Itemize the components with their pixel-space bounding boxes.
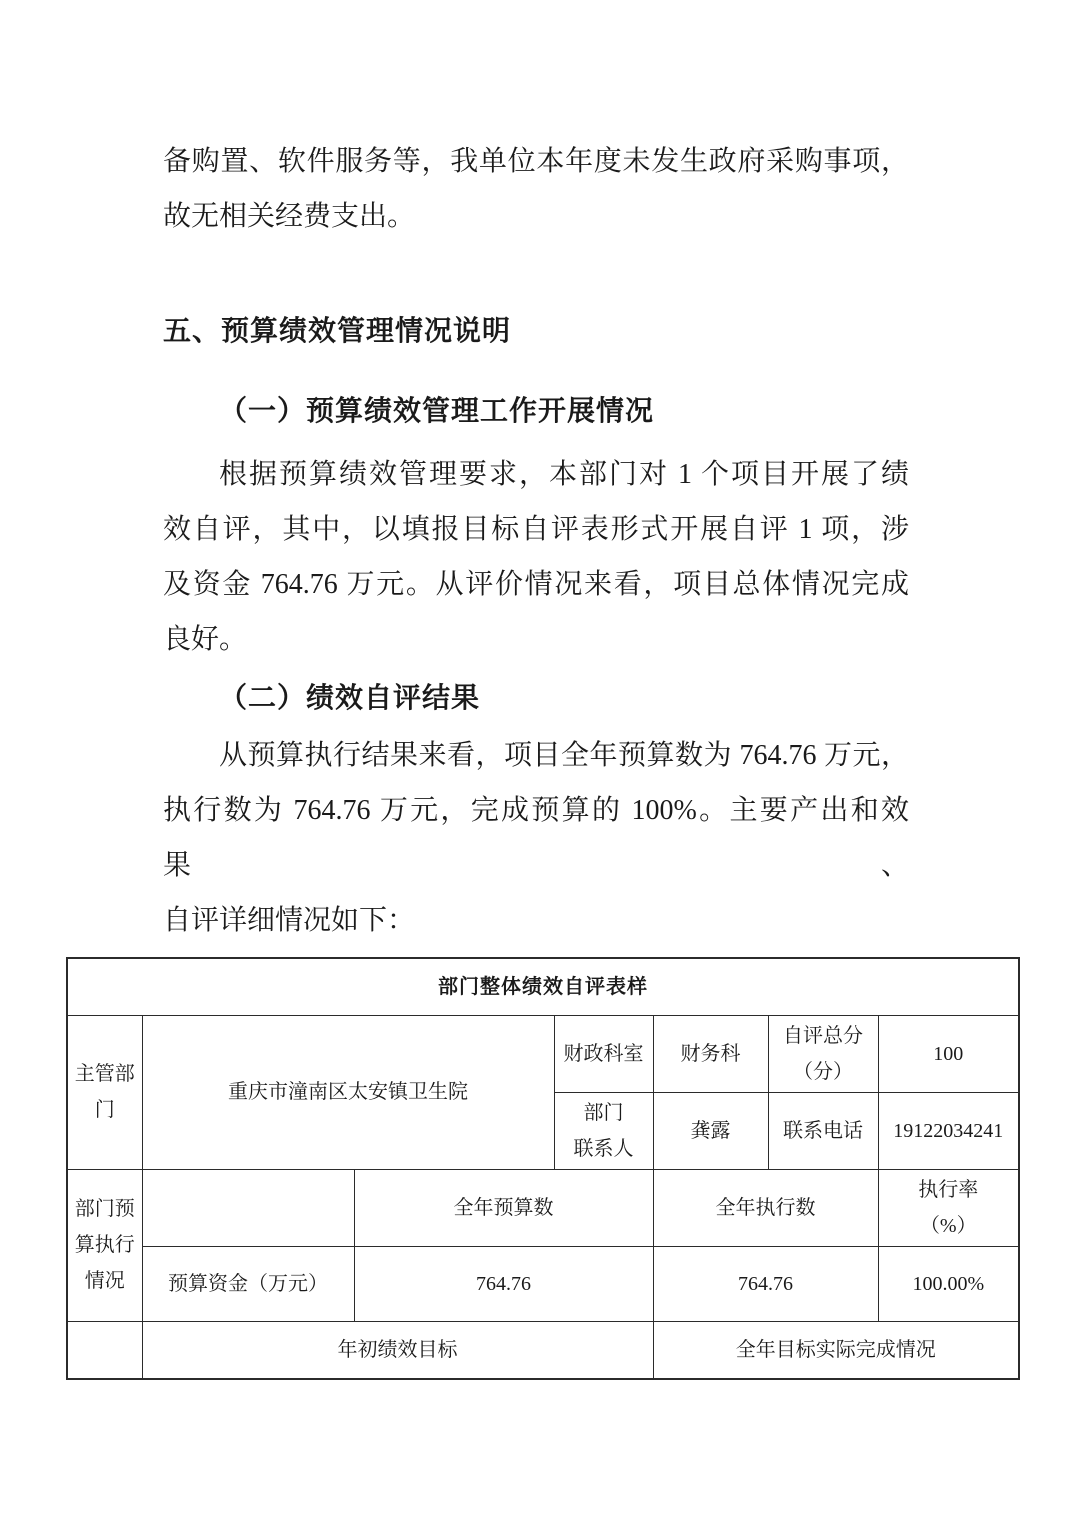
text-line: 自评详细情况如下： <box>163 893 909 948</box>
text-line: 从预算执行结果来看，项目全年预算数为 764.76 万元， <box>163 728 909 783</box>
text-line: 故无相关经费支出。 <box>163 189 909 244</box>
finance-office-label: 财政科室 <box>554 1015 653 1092</box>
finance-office-value: 财务科 <box>653 1015 768 1092</box>
blank-cell <box>67 1321 142 1379</box>
subsection1-paragraph: 根据预算绩效管理要求，本部门对 1 个项目开展了绩 效自评，其中，以填报目标自评… <box>163 447 909 667</box>
dept-contact-label: 部门 联系人 <box>554 1092 653 1169</box>
self-score-value: 100 <box>878 1015 1019 1092</box>
text-line: 执行数为 764.76 万元，完成预算的 100%。主要产出和效果、 <box>163 783 909 893</box>
table-row: 年初绩效目标 全年目标实际完成情况 <box>67 1321 1019 1379</box>
table-row: 主管部 门 重庆市潼南区太安镇卫生院 财政科室 财务科 自评总分 （分） 100 <box>67 1015 1019 1092</box>
annual-exec-value: 764.76 <box>653 1246 878 1321</box>
exec-rate-value: 100.00% <box>878 1246 1019 1321</box>
text-line: 效自评，其中，以填报目标自评表形式开展自评 1 项，涉 <box>163 502 909 557</box>
annual-budget-value: 764.76 <box>354 1246 653 1321</box>
year-goal-actual-header: 全年目标实际完成情况 <box>653 1321 1019 1379</box>
blank-cell <box>142 1169 354 1246</box>
document-page: 备购置、软件服务等，我单位本年度未发生政府采购事项， 故无相关经费支出。 五、预… <box>0 0 1075 1520</box>
phone-label: 联系电话 <box>768 1092 878 1169</box>
table-row: 预算资金（万元） 764.76 764.76 100.00% <box>67 1246 1019 1321</box>
phone-value: 19122034241 <box>878 1092 1019 1169</box>
text-line: 根据预算绩效管理要求，本部门对 1 个项目开展了绩 <box>163 447 909 502</box>
self-score-label: 自评总分 （分） <box>768 1015 878 1092</box>
budget-exec-label: 部门预 算执行 情况 <box>67 1169 142 1321</box>
table-row: 部门整体绩效自评表样 <box>67 958 1019 1015</box>
text-line: 及资金 764.76 万元。从评价情况来看，项目总体情况完成 <box>163 557 909 612</box>
text-line: 良好。 <box>163 612 909 667</box>
annual-budget-header: 全年预算数 <box>354 1169 653 1246</box>
self-evaluation-table: 部门整体绩效自评表样 主管部 门 重庆市潼南区太安镇卫生院 财政科室 财务科 自… <box>66 957 1020 1380</box>
subsection1-heading: （一）预算绩效管理工作开展情况 <box>163 384 909 439</box>
section-heading: 五、预算绩效管理情况说明 <box>163 304 909 359</box>
subsection2-heading: （二）绩效自评结果 <box>163 671 909 726</box>
supervisor-dept-value: 重庆市潼南区太安镇卫生院 <box>142 1015 554 1169</box>
annual-exec-header: 全年执行数 <box>653 1169 878 1246</box>
exec-rate-header: 执行率 （%） <box>878 1169 1019 1246</box>
subsection2-paragraph: 从预算执行结果来看，项目全年预算数为 764.76 万元， 执行数为 764.7… <box>163 728 909 948</box>
budget-fund-label: 预算资金（万元） <box>142 1246 354 1321</box>
intro-paragraph: 备购置、软件服务等，我单位本年度未发生政府采购事项， 故无相关经费支出。 <box>163 134 909 244</box>
table-title: 部门整体绩效自评表样 <box>67 958 1019 1015</box>
supervisor-dept-label: 主管部 门 <box>67 1015 142 1169</box>
table-row: 部门预 算执行 情况 全年预算数 全年执行数 执行率 （%） <box>67 1169 1019 1246</box>
text-line: 备购置、软件服务等，我单位本年度未发生政府采购事项， <box>163 134 909 189</box>
year-begin-goal-header: 年初绩效目标 <box>142 1321 653 1379</box>
dept-contact-value: 龚露 <box>653 1092 768 1169</box>
